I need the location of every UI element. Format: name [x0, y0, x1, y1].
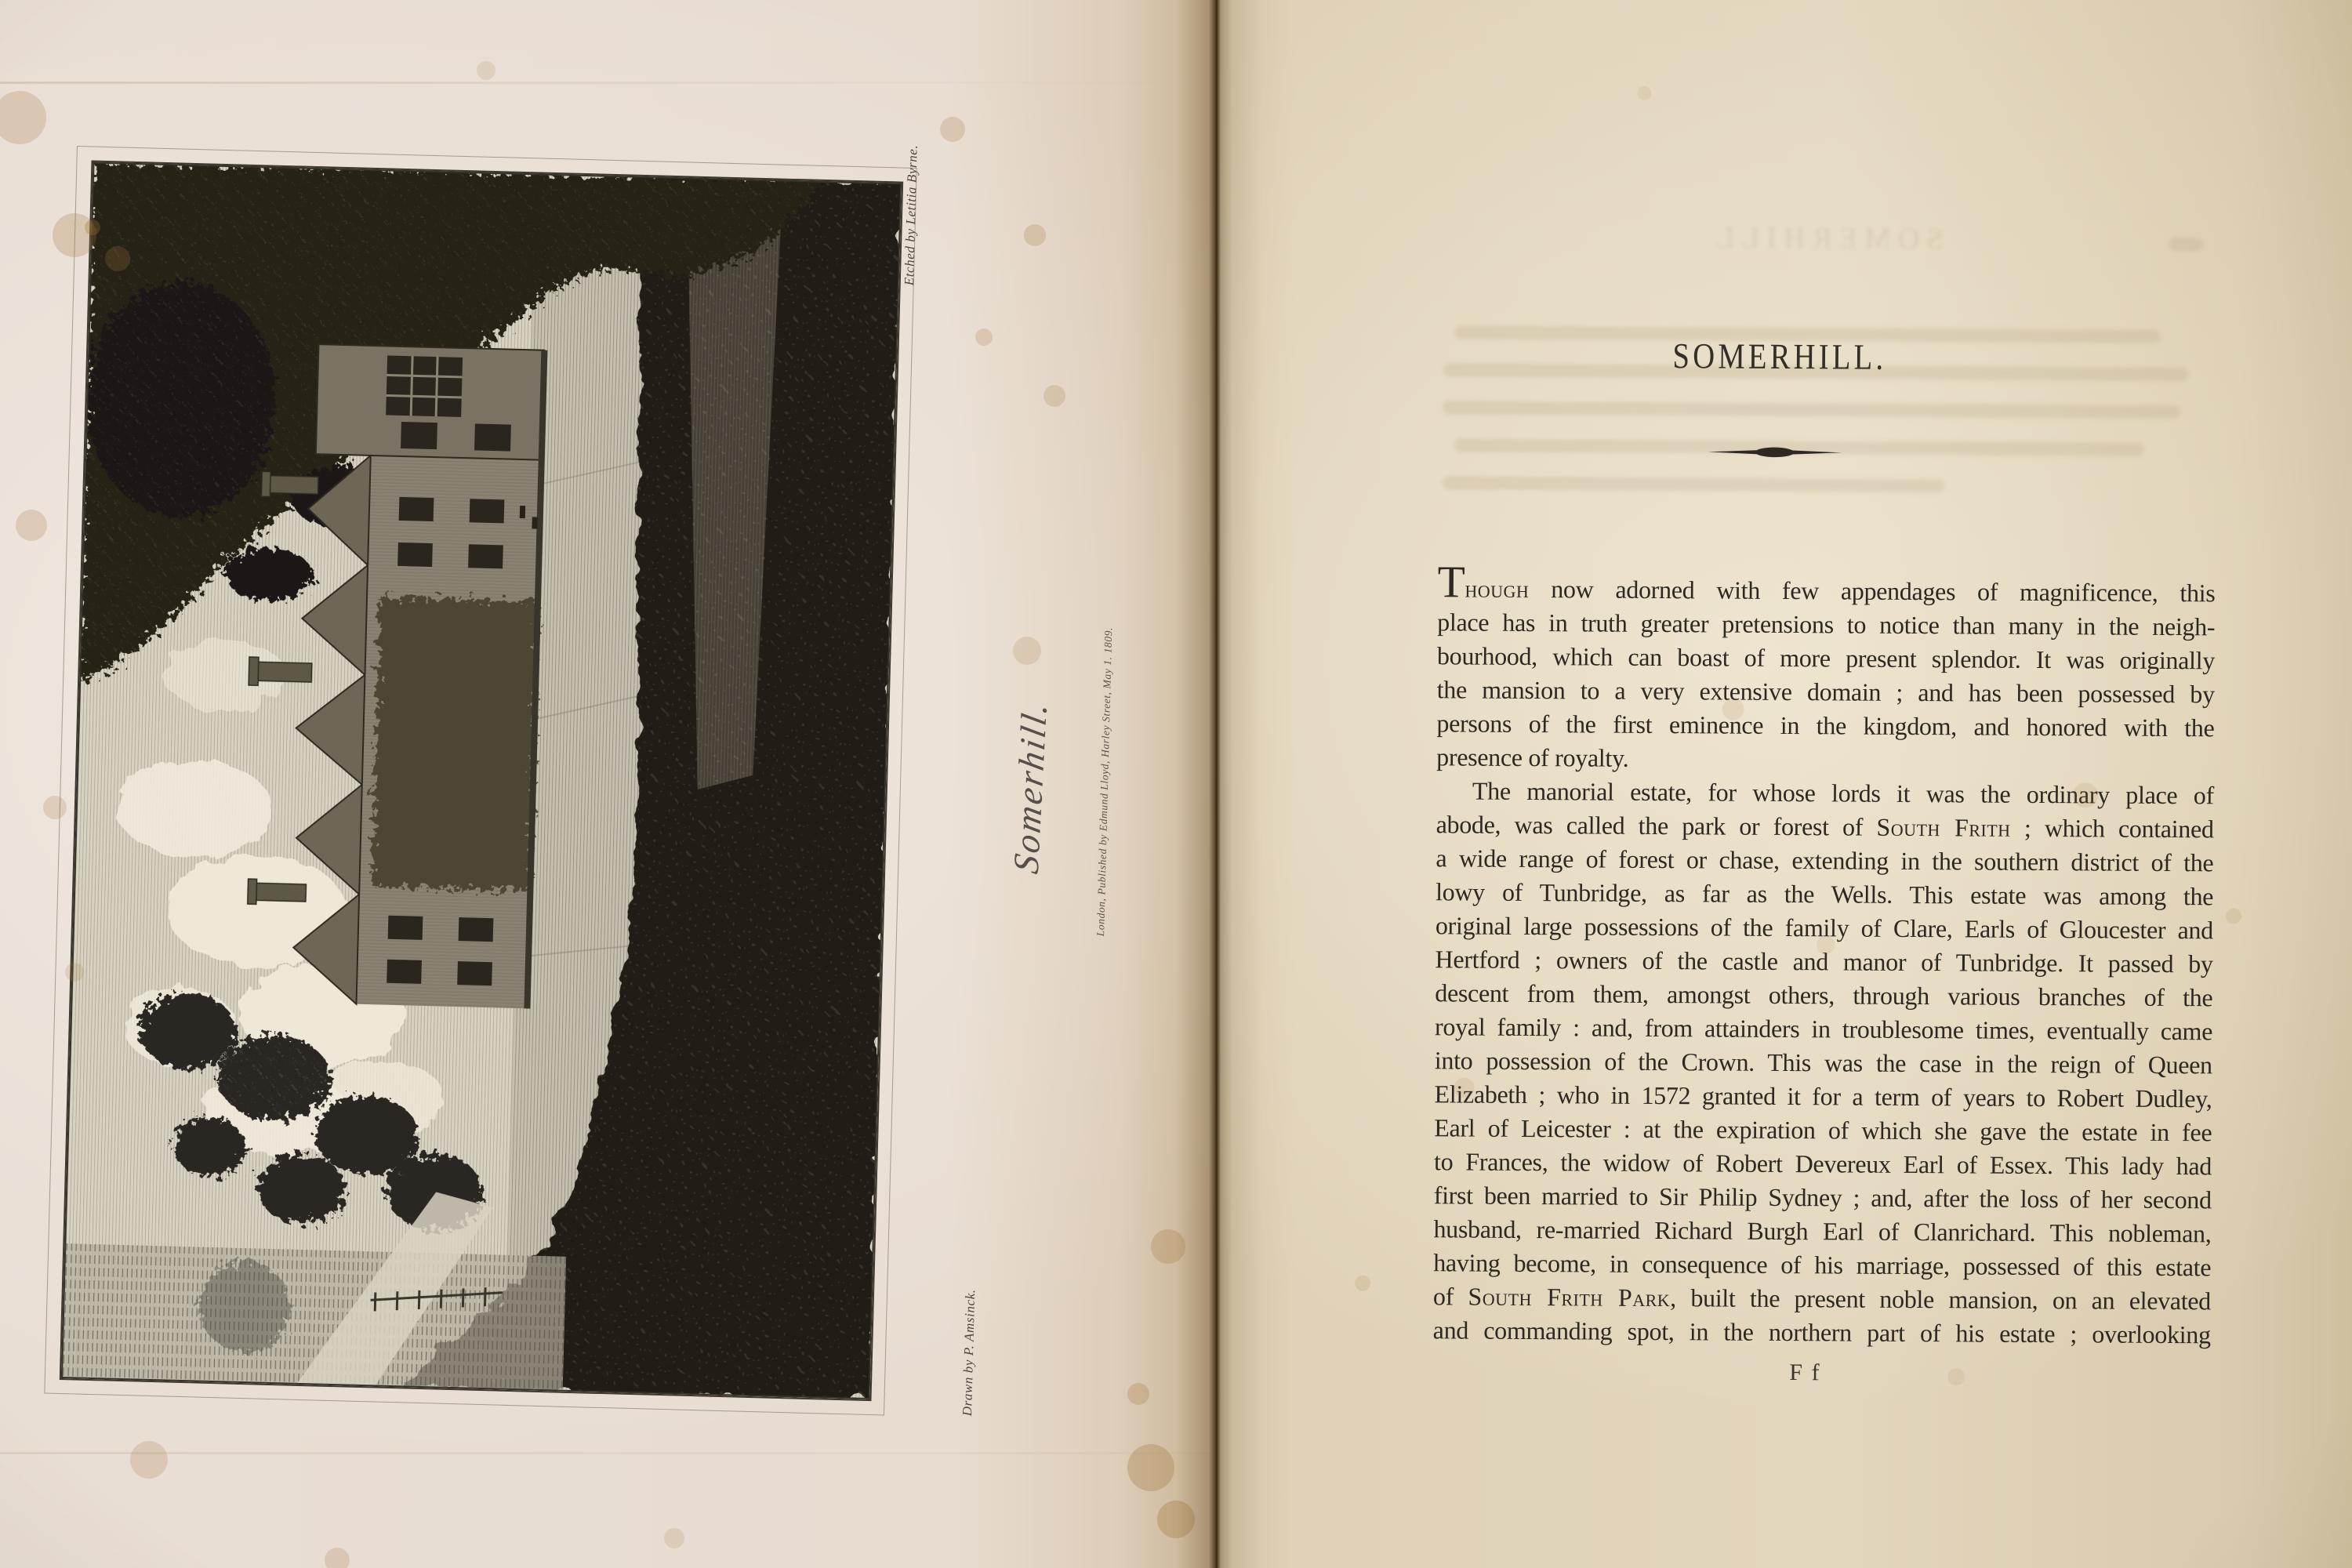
drawn-credit: Drawn by P. Amsinck. [960, 1289, 978, 1416]
right-page: SOMERHILL SOMERHILL. Though now adorned … [1217, 0, 2352, 1568]
text-line: Hertford ; owners of the castle and mano… [1435, 942, 2212, 981]
text-line: bourhood, which can boast of more presen… [1437, 639, 2215, 677]
text-line: the mansion to a very extensive domain ;… [1437, 673, 2215, 711]
text-line: descent from them, amongst others, throu… [1435, 976, 2212, 1014]
text-line: The manorial estate, for whose lords it … [1436, 774, 2214, 812]
body-text: Though now adorned with few appendages o… [1433, 572, 2216, 1352]
text-line: persons of the first eminence in the kin… [1436, 706, 2214, 745]
showthrough-text [1443, 401, 2180, 419]
plate-imprint: London, Published by Edmund Lloyd, Harle… [1094, 627, 1115, 937]
plate-script-title: Somerhill. [1005, 697, 1055, 877]
text-line: lowy of Tunbridge, as far as the Wells. … [1436, 875, 2213, 913]
text-line: having become, in consequence of his mar… [1433, 1246, 2211, 1284]
signature-mark: F f [1431, 1357, 2207, 1388]
text-line: husband, re-married Richard Burgh Earl o… [1433, 1212, 2211, 1250]
text-line: Though now adorned with few appendages o… [1437, 572, 2215, 610]
page-crease [0, 1452, 1217, 1454]
engraving-illustration [60, 160, 903, 1401]
showthrough-title: SOMERHILL [1438, 219, 2214, 258]
text-line: presence of royalty. [1436, 740, 2214, 779]
engraved-plate [44, 146, 916, 1416]
text-line: Elizabeth ; who in 1572 granted it for a… [1434, 1077, 2212, 1116]
text-line: abode, was called the park or forest of … [1436, 808, 2214, 846]
left-page: Etched by Letitia Byrne. Drawn by P. Ams… [0, 0, 1217, 1568]
text-line: to Frances, the widow of Robert Devereux… [1434, 1145, 2212, 1183]
text-line: royal family : and, from attainders in t… [1435, 1010, 2212, 1048]
showthrough-folio [2169, 238, 2203, 251]
text-line: into possession of the Crown. This was t… [1435, 1044, 2212, 1082]
paragraph: Though now adorned with few appendages o… [1436, 572, 2216, 779]
paragraph: The manorial estate, for whose lords it … [1433, 774, 2214, 1352]
text-line: Earl of Leicester : at the expiration of… [1434, 1111, 2212, 1149]
showthrough-text [1443, 476, 1944, 492]
text-line: and commanding spot, in the northern par… [1433, 1313, 2211, 1352]
text-line: of South Frith Park, built the present n… [1433, 1279, 2211, 1318]
book-photo: Etched by Letitia Byrne. Drawn by P. Ams… [0, 0, 2352, 1568]
etched-credit: Etched by Letitia Byrne. [902, 144, 921, 285]
page-crease [0, 82, 1217, 84]
text-line: a wide range of forest or chase, extendi… [1436, 841, 2213, 880]
text-line: original large possessions of the family… [1436, 909, 2213, 947]
text-line: first been married to Sir Philip Sydney … [1434, 1178, 2212, 1217]
text-line: place has in truth greater pretensions t… [1437, 605, 2215, 644]
page-title: SOMERHILL. [1437, 333, 2213, 379]
swelled-rule-ornament [1437, 443, 2213, 466]
